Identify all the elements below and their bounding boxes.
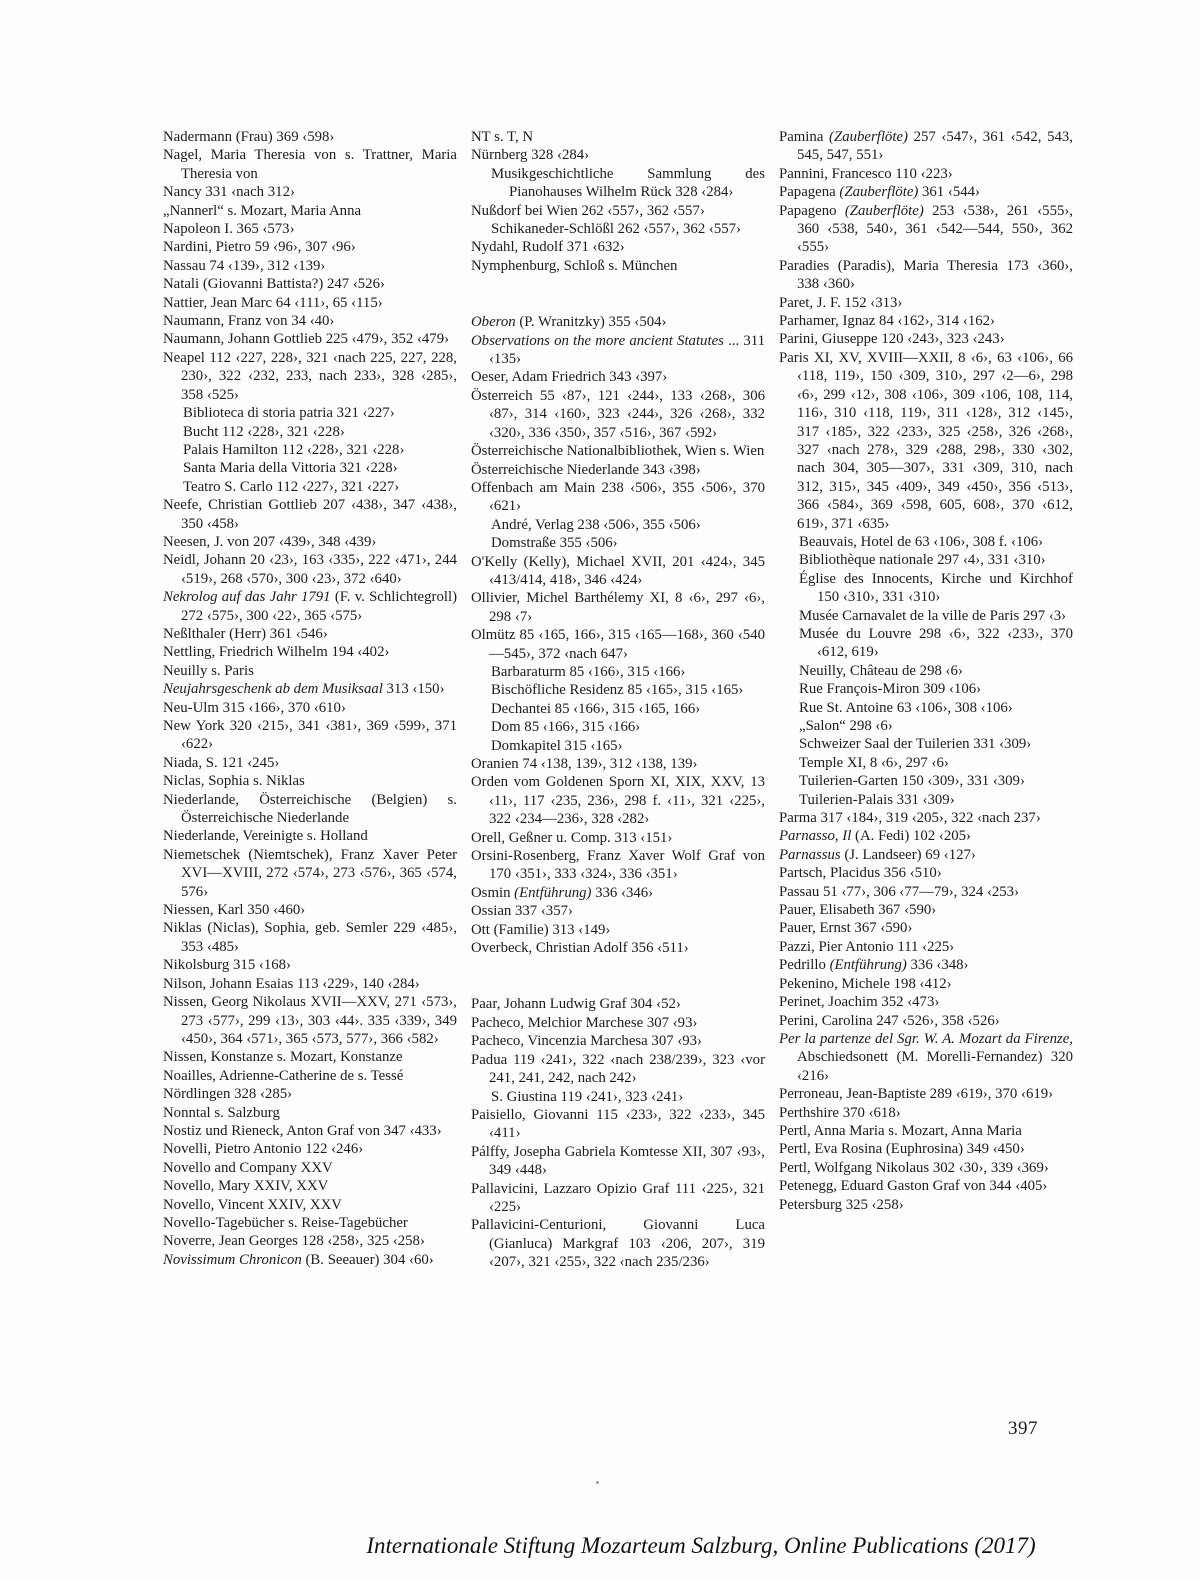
index-entry: Barbaraturm 85 ‹166›, 315 ‹166› [491, 663, 765, 681]
index-entry: Papagena (Zauberflöte) 361 ‹544› [779, 183, 1073, 201]
index-entry: Novello-Tagebücher s. Reise-Tagebücher [163, 1214, 457, 1232]
index-entry: Neujahrsgeschenk ab dem Musiksaal 313 ‹1… [163, 680, 457, 698]
index-entry: Per la partenze del Sgr. W. A. Mozart da… [779, 1030, 1073, 1085]
index-entry: Pertl, Wolfgang Nikolaus 302 ‹30›, 339 ‹… [779, 1159, 1073, 1177]
index-entry: Nettling, Friedrich Wilhelm 194 ‹402› [163, 643, 457, 661]
index-entry: Pedrillo (Entführung) 336 ‹348› [779, 956, 1073, 974]
index-entry: Österreich 55 ‹87›, 121 ‹244›, 133 ‹268›… [471, 387, 765, 442]
index-page: Nadermann (Frau) 369 ‹598›Nagel, Maria T… [0, 0, 1200, 1581]
index-entry: Nattier, Jean Marc 64 ‹111›, 65 ‹115› [163, 294, 457, 312]
index-entry: Domkapitel 315 ‹165› [491, 737, 765, 755]
index-entry: Neu-Ulm 315 ‹166›, 370 ‹610› [163, 699, 457, 717]
index-entry: Perroneau, Jean-Baptiste 289 ‹619›, 370 … [779, 1085, 1073, 1103]
index-entry: Ollivier, Michel Barthélemy XI, 8 ‹6›, 2… [471, 589, 765, 626]
index-entry: André, Verlag 238 ‹506›, 355 ‹506› [491, 516, 765, 534]
index-entry: Noailles, Adrienne-Catherine de s. Tessé [163, 1067, 457, 1085]
index-entry: Nördlingen 328 ‹285› [163, 1085, 457, 1103]
index-entry: Musée du Louvre 298 ‹6›, 322 ‹233›, 370 … [799, 625, 1073, 662]
index-entry: Padua 119 ‹241›, 322 ‹nach 238/239›, 323… [471, 1051, 765, 1088]
index-entry: O'Kelly (Kelly), Michael XVII, 201 ‹424›… [471, 553, 765, 590]
footer-publication-line: Internationale Stiftung Mozarteum Salzbu… [202, 1533, 1200, 1559]
index-entry: Neßlthaler (Herr) 361 ‹546› [163, 625, 457, 643]
index-entry: Nissen, Georg Nikolaus XVII—XXV, 271 ‹57… [163, 993, 457, 1048]
index-entry: Palais Hamilton 112 ‹228›, 321 ‹228› [183, 441, 457, 459]
index-entry: Nassau 74 ‹139›, 312 ‹139› [163, 257, 457, 275]
index-entry: Nadermann (Frau) 369 ‹598› [163, 128, 457, 146]
index-entry: Tuilerien-Palais 331 ‹309› [799, 791, 1073, 809]
index-entry: Pannini, Francesco 110 ‹223› [779, 165, 1073, 183]
index-column-1: Nadermann (Frau) 369 ‹598›Nagel, Maria T… [163, 128, 457, 1272]
index-entry: Nagel, Maria Theresia von s. Trattner, M… [163, 146, 457, 183]
index-entry: Pertl, Anna Maria s. Mozart, Anna Maria [779, 1122, 1073, 1140]
index-entry: Pamina (Zauberflöte) 257 ‹547›, 361 ‹542… [779, 128, 1073, 165]
index-entry: Pallavicini, Lazzaro Opizio Graf 111 ‹22… [471, 1180, 765, 1217]
index-entry: Nymphenburg, Schloß s. München [471, 257, 765, 275]
index-entry: Noverre, Jean Georges 128 ‹258›, 325 ‹25… [163, 1232, 457, 1250]
index-entry: Bibliothèque nationale 297 ‹4›, 331 ‹310… [799, 551, 1073, 569]
index-entry: Bischöfliche Residenz 85 ‹165›, 315 ‹165… [491, 681, 765, 699]
index-entry: Ott (Familie) 313 ‹149› [471, 921, 765, 939]
index-entry: Petenegg, Eduard Gaston Graf von 344 ‹40… [779, 1177, 1073, 1195]
index-entry: Olmütz 85 ‹165, 166›, 315 ‹165—168›, 360… [471, 626, 765, 663]
index-entry: Teatro S. Carlo 112 ‹227›, 321 ‹227› [183, 478, 457, 496]
index-entry: Observations on the more ancient Statute… [471, 332, 765, 369]
index-entry: Paradies (Paradis), Maria Theresia 173 ‹… [779, 257, 1073, 294]
index-entry: Oeser, Adam Friedrich 343 ‹397› [471, 368, 765, 386]
index-entry: Novello, Mary XXIV, XXV [163, 1177, 457, 1195]
index-entry: Biblioteca di storia patria 321 ‹227› [183, 404, 457, 422]
index-entry: Oberon (P. Wranitzky) 355 ‹504› [471, 313, 765, 331]
index-entry: Novello, Vincent XXIV, XXV [163, 1196, 457, 1214]
index-entry: Niederlande, Vereinigte s. Holland [163, 827, 457, 845]
index-entry: Natali (Giovanni Battista?) 247 ‹526› [163, 275, 457, 293]
index-columns: Nadermann (Frau) 369 ‹598›Nagel, Maria T… [163, 128, 1073, 1272]
index-entry: Novello and Company XXV [163, 1159, 457, 1177]
index-entry: Beauvais, Hotel de 63 ‹106›, 308 f. ‹106… [799, 533, 1073, 551]
index-entry: Overbeck, Christian Adolf 356 ‹511› [471, 939, 765, 957]
index-entry: Paar, Johann Ludwig Graf 304 ‹52› [471, 995, 765, 1013]
index-entry: Naumann, Johann Gottlieb 225 ‹479›, 352 … [163, 330, 457, 348]
index-entry: Nardini, Pietro 59 ‹96›, 307 ‹96› [163, 238, 457, 256]
index-entry: Parhamer, Ignaz 84 ‹162›, 314 ‹162› [779, 312, 1073, 330]
index-entry: Parnassus (J. Landseer) 69 ‹127› [779, 846, 1073, 864]
index-entry: Papageno (Zauberflöte) 253 ‹538›, 261 ‹5… [779, 202, 1073, 257]
index-entry: „Salon“ 298 ‹6› [799, 717, 1073, 735]
index-entry: Domstraße 355 ‹506› [491, 534, 765, 552]
index-column-2: NT s. T, NNürnberg 328 ‹284›Musikgeschic… [471, 128, 765, 1272]
index-entry: Neuilly, Château de 298 ‹6› [799, 662, 1073, 680]
index-entry: Novelli, Pietro Antonio 122 ‹246› [163, 1140, 457, 1158]
index-entry: Nostiz und Rieneck, Anton Graf von 347 ‹… [163, 1122, 457, 1140]
index-entry: Pekenino, Michele 198 ‹412› [779, 975, 1073, 993]
index-entry: Parini, Giuseppe 120 ‹243›, 323 ‹243› [779, 330, 1073, 348]
index-entry: Tuilerien-Garten 150 ‹309›, 331 ‹309› [799, 772, 1073, 790]
index-entry: Bucht 112 ‹228›, 321 ‹228› [183, 423, 457, 441]
index-entry: Paisiello, Giovanni 115 ‹233›, 322 ‹233›… [471, 1106, 765, 1143]
index-entry: Neapel 112 ‹227, 228›, 321 ‹nach 225, 22… [163, 349, 457, 404]
index-entry: Neidl, Johann 20 ‹23›, 163 ‹335›, 222 ‹4… [163, 551, 457, 588]
index-entry: NT s. T, N [471, 128, 765, 146]
index-entry: Paret, J. F. 152 ‹313› [779, 294, 1073, 312]
index-entry: Parma 317 ‹184›, 319 ‹205›, 322 ‹nach 23… [779, 809, 1073, 827]
index-entry: Niederlande, Österreichische (Belgien) s… [163, 791, 457, 828]
index-entry: Pacheco, Vincenzia Marchesa 307 ‹93› [471, 1032, 765, 1050]
index-entry: Perini, Carolina 247 ‹526›, 358 ‹526› [779, 1012, 1073, 1030]
index-entry: New York 320 ‹215›, 341 ‹381›, 369 ‹599›… [163, 717, 457, 754]
index-entry: S. Giustina 119 ‹241›, 323 ‹241› [491, 1088, 765, 1106]
index-column-3: Pamina (Zauberflöte) 257 ‹547›, 361 ‹542… [779, 128, 1073, 1272]
index-entry: Niessen, Karl 350 ‹460› [163, 901, 457, 919]
index-entry: Église des Innocents, Kirche und Kirchho… [799, 570, 1073, 607]
index-entry: Österreichische Nationalbibliothek, Wien… [471, 442, 765, 460]
index-entry: Nußdorf bei Wien 262 ‹557›, 362 ‹557› [471, 202, 765, 220]
index-entry: Neuilly s. Paris [163, 662, 457, 680]
index-entry: Partsch, Placidus 356 ‹510› [779, 864, 1073, 882]
index-entry: Paris XI, XV, XVIII—XXII, 8 ‹6›, 63 ‹106… [779, 349, 1073, 533]
index-entry: Oranien 74 ‹138, 139›, 312 ‹138, 139› [471, 755, 765, 773]
index-entry: Napoleon I. 365 ‹573› [163, 220, 457, 238]
index-entry: „Nannerl“ s. Mozart, Maria Anna [163, 202, 457, 220]
index-entry: Dechantei 85 ‹166›, 315 ‹165, 166› [491, 700, 765, 718]
index-entry: Pazzi, Pier Antonio 111 ‹225› [779, 938, 1073, 956]
index-entry: Dom 85 ‹166›, 315 ‹166› [491, 718, 765, 736]
index-entry: Passau 51 ‹77›, 306 ‹77—79›, 324 ‹253› [779, 883, 1073, 901]
index-entry: Niclas, Sophia s. Niklas [163, 772, 457, 790]
index-entry: Orell, Geßner u. Comp. 313 ‹151› [471, 829, 765, 847]
index-entry: Novissimum Chronicon (B. Seeauer) 304 ‹6… [163, 1251, 457, 1269]
index-entry: Nonntal s. Salzburg [163, 1104, 457, 1122]
index-entry: Petersburg 325 ‹258› [779, 1196, 1073, 1214]
index-entry: Nancy 331 ‹nach 312› [163, 183, 457, 201]
index-entry: Nilson, Johann Esaias 113 ‹229›, 140 ‹28… [163, 975, 457, 993]
index-entry: Neefe, Christian Gottlieb 207 ‹438›, 347… [163, 496, 457, 533]
index-entry: Nekrolog auf das Jahr 1791 (F. v. Schlic… [163, 588, 457, 625]
index-entry: Pálffy, Josepha Gabriela Komtesse XII, 3… [471, 1143, 765, 1180]
index-entry: Ossian 337 ‹357› [471, 902, 765, 920]
index-entry: Pauer, Elisabeth 367 ‹590› [779, 901, 1073, 919]
index-entry: Neesen, J. von 207 ‹439›, 348 ‹439› [163, 533, 457, 551]
index-entry: Nissen, Konstanze s. Mozart, Konstanze [163, 1048, 457, 1066]
index-entry: Santa Maria della Vittoria 321 ‹228› [183, 459, 457, 477]
index-entry: Orsini-Rosenberg, Franz Xaver Wolf Graf … [471, 847, 765, 884]
index-entry: Rue St. Antoine 63 ‹106›, 308 ‹106› [799, 699, 1073, 717]
index-entry: Perthshire 370 ‹618› [779, 1104, 1073, 1122]
index-entry: Orden vom Goldenen Sporn XI, XIX, XXV, 1… [471, 773, 765, 828]
index-entry: Pacheco, Melchior Marchese 307 ‹93› [471, 1014, 765, 1032]
index-entry: Niada, S. 121 ‹245› [163, 754, 457, 772]
index-entry: Nürnberg 328 ‹284› [471, 146, 765, 164]
index-entry: Musikgeschichtliche Sammlung des Pianoha… [491, 165, 765, 202]
index-entry: Nydahl, Rudolf 371 ‹632› [471, 238, 765, 256]
scan-artifact-dot [596, 1481, 599, 1484]
index-entry: Perinet, Joachim 352 ‹473› [779, 993, 1073, 1011]
index-entry: Österreichische Niederlande 343 ‹398› [471, 461, 765, 479]
index-entry: Rue François-Miron 309 ‹106› [799, 680, 1073, 698]
index-entry: Nikolsburg 315 ‹168› [163, 956, 457, 974]
index-entry: Parnasso, Il (A. Fedi) 102 ‹205› [779, 827, 1073, 845]
index-entry: Niklas (Niclas), Sophia, geb. Semler 229… [163, 919, 457, 956]
index-entry: Schweizer Saal der Tuilerien 331 ‹309› [799, 735, 1073, 753]
index-entry: Temple XI, 8 ‹6›, 297 ‹6› [799, 754, 1073, 772]
index-entry: Schikaneder-Schlößl 262 ‹557›, 362 ‹557› [491, 220, 765, 238]
index-entry: Offenbach am Main 238 ‹506›, 355 ‹506›, … [471, 479, 765, 516]
index-entry: Osmin (Entführung) 336 ‹346› [471, 884, 765, 902]
index-entry: Pauer, Ernst 367 ‹590› [779, 919, 1073, 937]
index-entry: Naumann, Franz von 34 ‹40› [163, 312, 457, 330]
index-entry: Musée Carnavalet de la ville de Paris 29… [799, 607, 1073, 625]
index-entry: Niemetschek (Niemtschek), Franz Xaver Pe… [163, 846, 457, 901]
index-entry: Pallavicini-Centurioni, Giovanni Luca (G… [471, 1216, 765, 1271]
page-number: 397 [1008, 1418, 1038, 1440]
index-entry: Pertl, Eva Rosina (Euphrosina) 349 ‹450› [779, 1140, 1073, 1158]
